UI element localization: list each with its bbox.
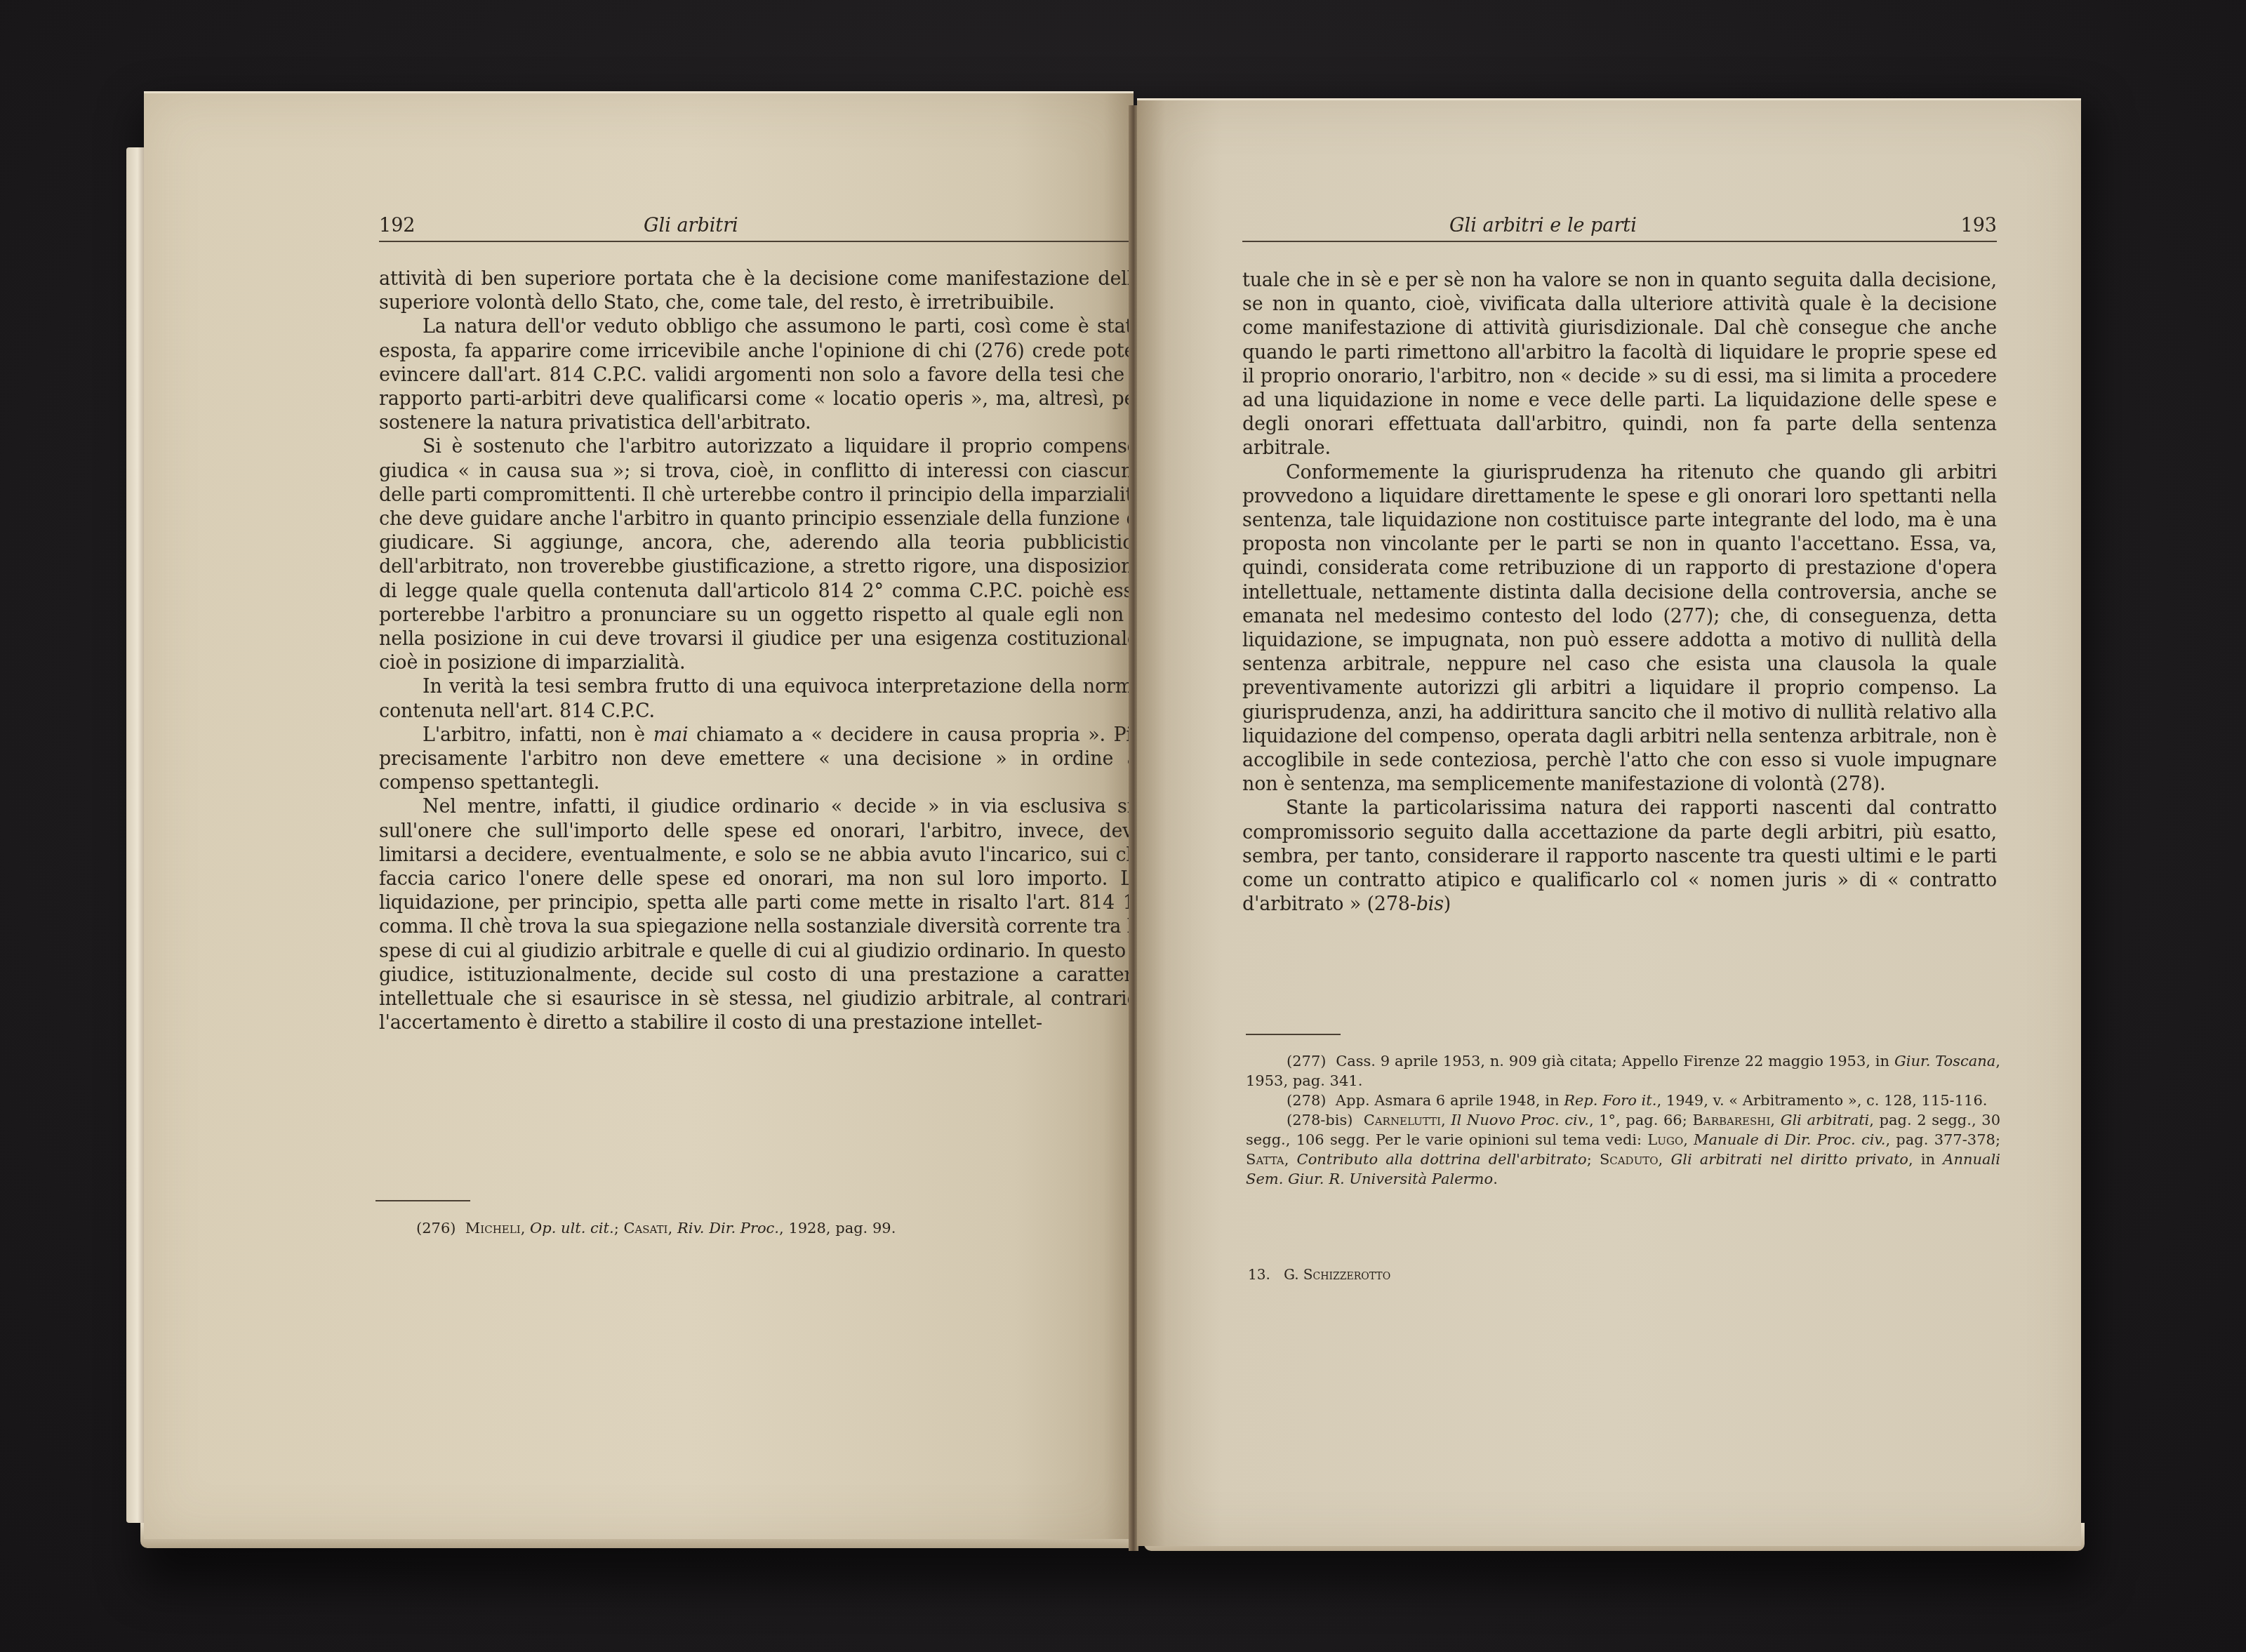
header-rule xyxy=(379,241,1144,242)
paragraph: Conformemente la giurisprudenza ha riten… xyxy=(1242,461,1997,797)
right-page-number: 193 xyxy=(1960,214,1997,238)
right-running-title: Gli arbitri e le parti xyxy=(1449,214,1637,238)
left-page-number: 192 xyxy=(379,214,416,238)
footnote-rule xyxy=(1246,1034,1341,1035)
right-footnotes: (277) Cass. 9 aprile 1953, n. 909 già ci… xyxy=(1246,1051,2000,1189)
emphasis: mai xyxy=(653,724,689,746)
footnote-mark: (278) xyxy=(1287,1092,1326,1109)
left-page: 192 Gli arbitri attività di ben superior… xyxy=(144,91,1134,1539)
footnote-mark: (276) xyxy=(416,1220,456,1237)
left-body: attività di ben superiore portata che è … xyxy=(379,267,1144,1036)
paragraph: La natura dell'or veduto obbligo che ass… xyxy=(379,315,1144,435)
header-rule xyxy=(1242,241,1997,242)
paragraph: L'arbitro, infatti, non è mai chiamato a… xyxy=(379,724,1144,796)
footnote-276: (276) Micheli, Op. ult. cit.; Casati, Ri… xyxy=(376,1218,1148,1238)
right-page: Gli arbitri e le parti 193 tuale che in … xyxy=(1137,98,2081,1546)
printer-signature: 13. G. Schizzerotto xyxy=(1248,1265,1390,1284)
paragraph: tuale che in sè e per sè non ha valore s… xyxy=(1242,269,1997,461)
left-running-title: Gli arbitri xyxy=(644,214,738,238)
right-body: tuale che in sè e per sè non ha valore s… xyxy=(1242,269,1997,917)
paragraph: Stante la particolarissima natura dei ra… xyxy=(1242,797,1997,917)
signature-author: G. Schizzerotto xyxy=(1284,1266,1390,1283)
paragraph: Si è sostenuto che l'arbitro autorizzato… xyxy=(379,435,1144,675)
footnote-278-bis: (278-bis) Carnelutti, Il Nuovo Proc. civ… xyxy=(1246,1110,2000,1189)
signature-sheet-number: 13. xyxy=(1248,1266,1270,1283)
footnote-rule xyxy=(376,1200,470,1201)
footnote-mark: (277) xyxy=(1287,1053,1326,1070)
left-footnotes: (276) Micheli, Op. ult. cit.; Casati, Ri… xyxy=(376,1218,1148,1238)
paragraph: In verità la tesi sembra frutto di una e… xyxy=(379,675,1144,723)
paragraph: Nel mentre, infatti, il giudice ordinari… xyxy=(379,795,1144,1035)
footnote-mark: (278-bis) xyxy=(1287,1112,1353,1128)
paragraph: attività di ben superiore portata che è … xyxy=(379,267,1144,315)
footnote-277: (277) Cass. 9 aprile 1953, n. 909 già ci… xyxy=(1246,1051,2000,1091)
footnote-278: (278) App. Asmara 6 aprile 1948, in Rep.… xyxy=(1246,1091,2000,1110)
